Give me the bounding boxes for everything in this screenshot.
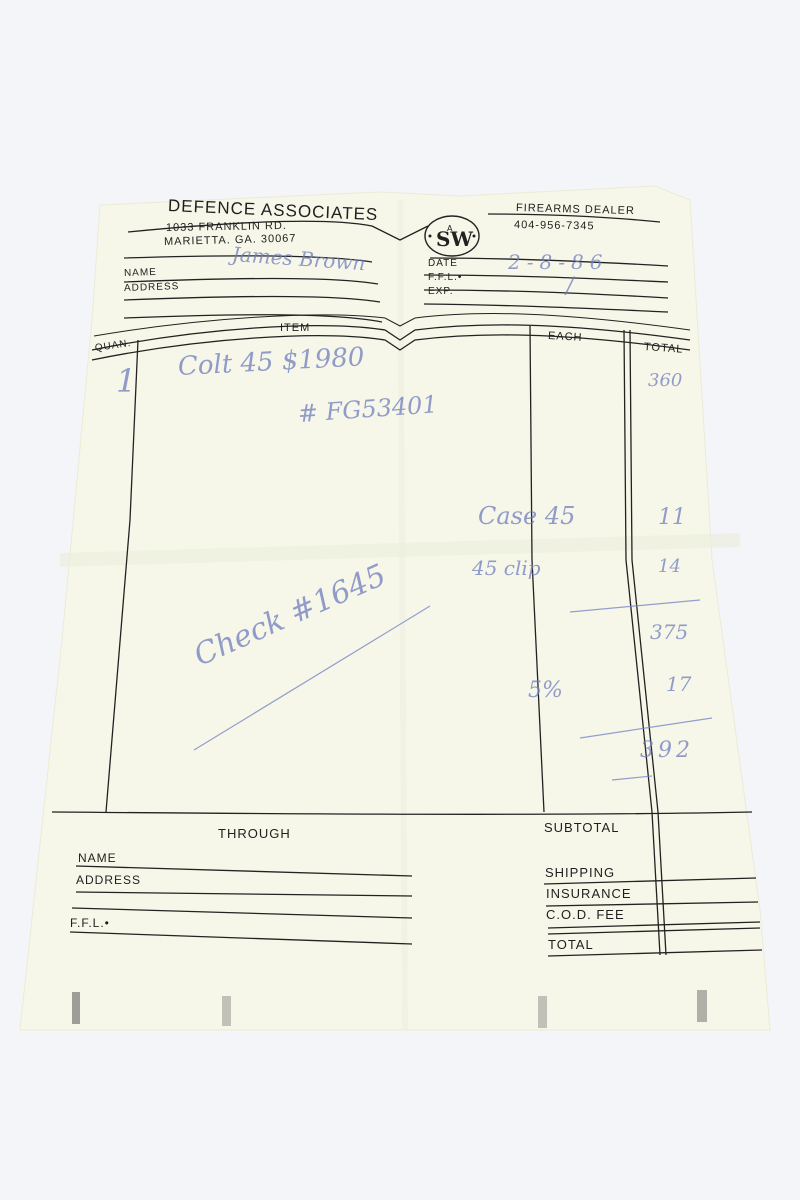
row3-item[interactable]: Case 45	[478, 502, 575, 530]
photo-stage: SW A DEFENCE ASSOCIATES 1033 FRA	[0, 0, 800, 1200]
col-each: EACH	[548, 330, 583, 344]
shipping-label: SHIPPING	[545, 865, 615, 880]
invoice-paper: SW A DEFENCE ASSOCIATES 1033 FRA	[0, 0, 800, 1200]
through-ffl-label: F.F.L.•	[70, 916, 110, 930]
ffl-label: F.F.L.•	[428, 272, 462, 283]
company-address-line1: 1033 FRANKLIN RD.	[166, 220, 287, 234]
svg-text:SW: SW	[436, 227, 473, 251]
customer-address-label: ADDRESS	[124, 281, 180, 294]
exp-label: EXP.	[428, 286, 454, 297]
ffl-value[interactable]: /	[566, 274, 573, 299]
row1-total[interactable]: 360	[648, 370, 682, 391]
form-lines: SW A	[0, 0, 800, 1200]
date-label: DATE	[428, 258, 458, 269]
through-heading: THROUGH	[218, 826, 291, 841]
row6-item[interactable]: 5%	[528, 678, 563, 703]
through-name-label: NAME	[78, 851, 117, 865]
customer-name-label: NAME	[124, 267, 157, 279]
through-address-label: ADDRESS	[76, 873, 141, 887]
row3-total[interactable]: 11	[658, 505, 686, 530]
row4-total[interactable]: 14	[658, 556, 681, 577]
date-value[interactable]: 2-8-86	[508, 250, 608, 274]
col-item: ITEM	[280, 322, 310, 334]
subtotal-label: SUBTOTAL	[544, 820, 619, 835]
row4-item[interactable]: 45 clip	[472, 556, 541, 580]
dealer-phone: 404-956-7345	[514, 219, 595, 232]
row5-total[interactable]: 375	[650, 620, 688, 644]
total-label: TOTAL	[548, 937, 594, 952]
row1-quan[interactable]: 1	[116, 362, 136, 400]
cod-fee-label: C.O.D. FEE	[546, 907, 625, 922]
svg-text:A: A	[447, 224, 453, 233]
insurance-label: INSURANCE	[546, 886, 632, 901]
row7-total[interactable]: 392	[640, 738, 694, 763]
row6-total[interactable]: 17	[666, 672, 691, 696]
